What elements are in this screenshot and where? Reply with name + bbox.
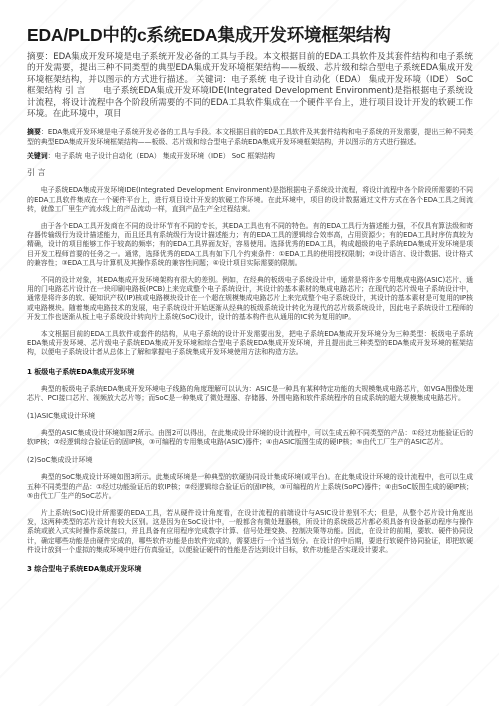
intro-paragraph: 电子系统EDA集成开发环境IDE(Integrated Development … — [27, 186, 473, 214]
section-1-heading: 1 板级电子系统EDA集成开发环境 — [27, 367, 473, 377]
keywords: 关键词：电子系统 电子设计自动化（EDA） 集成开发环境（IDE） SoC 框架… — [27, 152, 473, 161]
keywords-label: 关键词 — [27, 152, 48, 160]
summary-snippet: 摘要：EDA集成开发环境是电子系统开发必备的工具与手段。本文根据目前的EDA工具… — [27, 52, 473, 120]
soc-paragraph: 片上系统(SoC)设计所需要的EDA工具，若从硬件设计角度看，在设计流程的前端设… — [27, 509, 473, 555]
page-title: EDA/PLD中的c系统EDA集成开发环境框架结构 — [27, 0, 473, 46]
soc-subheading: (2)SoC集成设计环境 — [27, 455, 473, 465]
intro-heading: 引 言 — [27, 167, 473, 178]
asic-subheading: (1)ASIC集成设计环境 — [27, 411, 473, 421]
intro-paragraph: 不同的设计对象，其EDA集成开发环境架构有很大的差别。例如，在经典的板级电子系统… — [27, 276, 473, 322]
intro-paragraph: 由于各个EDA工具开发商在不同的设计环节有不同的专长，其EDA工具也有不同的特色… — [27, 222, 473, 268]
intro-paragraph: 本文根据目前的EDA工具软件或套件的结构，从电子系统的设计开发需要出发，把电子系… — [27, 330, 473, 358]
keywords-text: ：电子系统 电子设计自动化（EDA） 集成开发环境（IDE） SoC 框架结构 — [48, 152, 275, 160]
section-1-intro: 典型的板级电子系统EDA集成开发环境电子线路的角度理解可以认为：ASIC是一种具… — [27, 385, 473, 403]
asic-paragraph: 典型的ASIC集成设计环境如图2所示。由图2可以得出，在此集成设计环境的设计流程… — [27, 429, 473, 447]
section-3-heading: 3 综合型电子系统EDA集成开发环境 — [27, 564, 473, 574]
abstract-text: ：EDA集成开发环境是电子系统开发必备的工具与手段。本文根据目前的EDA工具软件… — [27, 128, 473, 145]
abstract: 摘要：EDA集成开发环境是电子系统开发必备的工具与手段。本文根据目前的EDA工具… — [27, 128, 473, 147]
document-page: EDA/PLD中的c系统EDA集成开发环境框架结构 摘要：EDA集成开发环境是电… — [0, 0, 499, 574]
soc-paragraph: 典型的SoC集成设计环境如图3所示。此集成环境是一种典型的软硬协同设计集成环境(… — [27, 473, 473, 501]
abstract-label: 摘要 — [27, 128, 41, 136]
